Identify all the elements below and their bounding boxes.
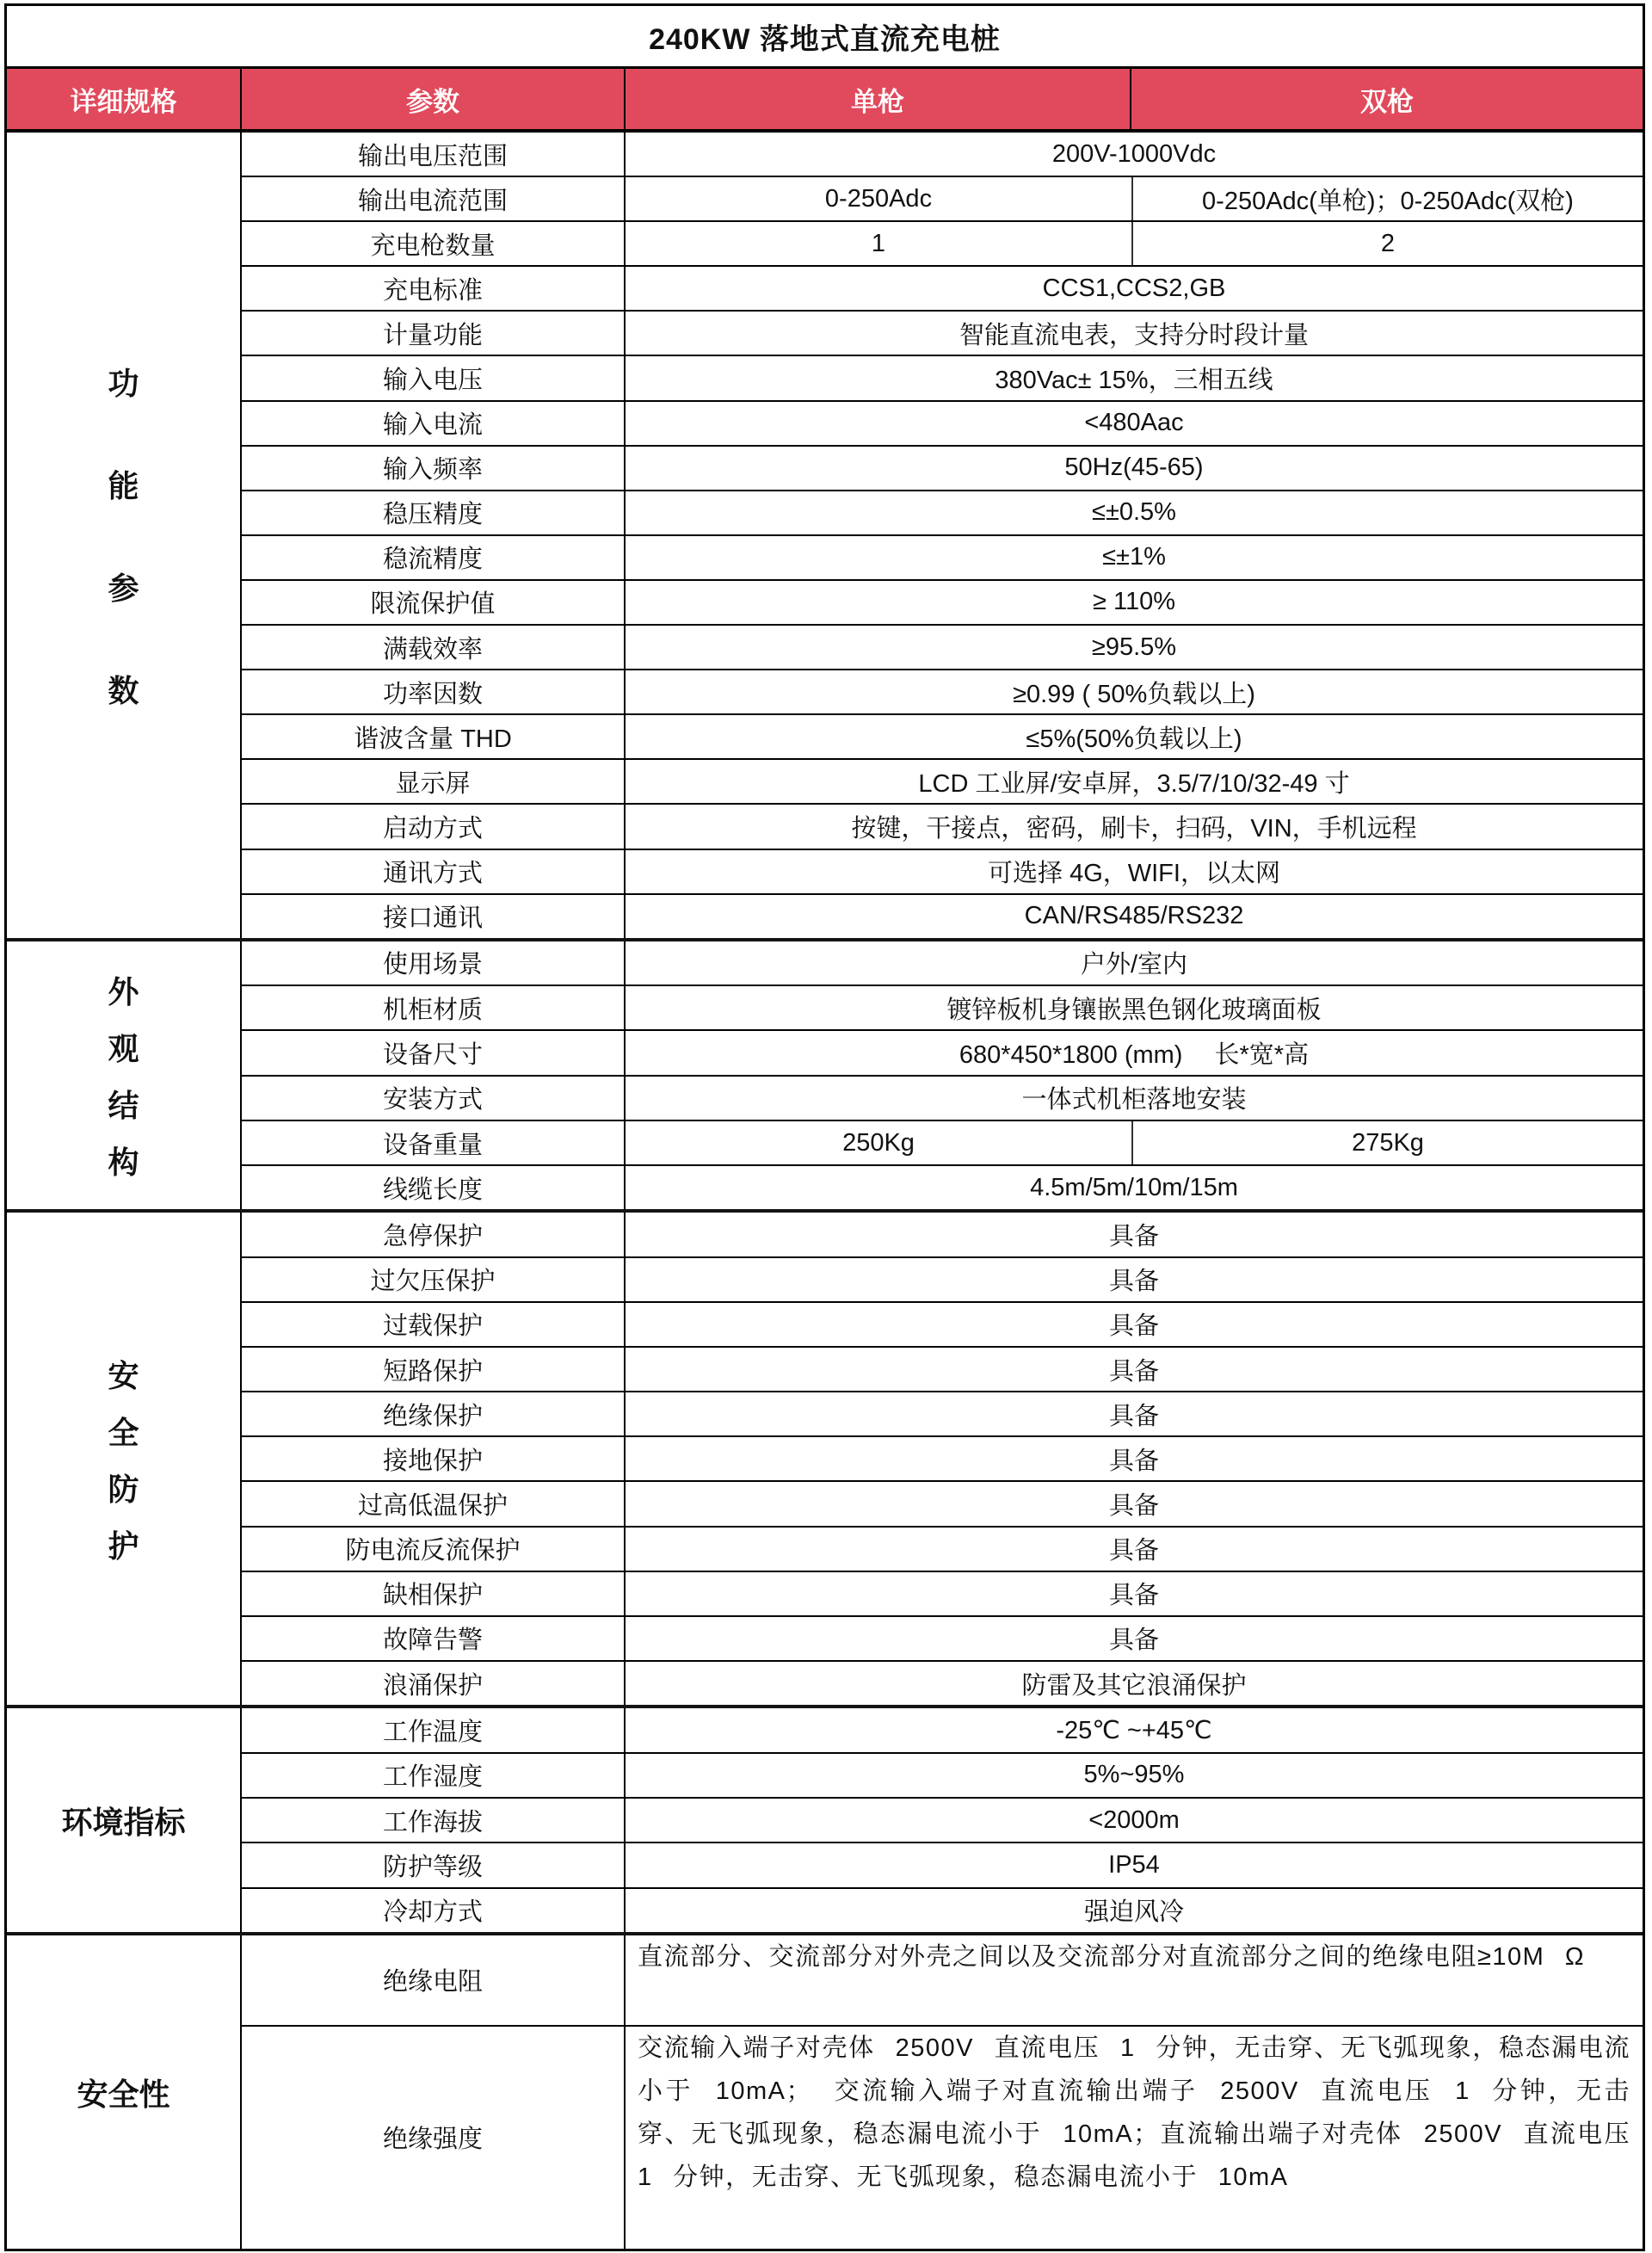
header-col-param: 参数 (242, 69, 626, 129)
row-values: 具备 (626, 1482, 1643, 1525)
table-row: 工作海拔 <2000m (242, 1797, 1643, 1842)
row-values: 按键，干接点，密码，刷卡，扫码，VIN，手机远程 (626, 805, 1643, 848)
param-value: 智能直流电表，支持分时段计量 (626, 312, 1643, 355)
section-label: 环境指标 (61, 1799, 185, 1843)
row-values: 具备 (626, 1258, 1643, 1301)
row-values: 智能直流电表，支持分时段计量 (626, 312, 1643, 355)
param-value: 具备 (626, 1482, 1643, 1525)
param-value: 具备 (626, 1572, 1643, 1615)
row-values: ≤±1% (626, 536, 1643, 579)
param-name: 缺相保护 (242, 1572, 626, 1615)
param-value: 200V-1000Vdc (626, 133, 1643, 176)
param-value: <480Aac (626, 402, 1643, 445)
table-row: 故障告警 具备 (242, 1615, 1643, 1660)
spec-section: 安全防护 急停保护 具备 过欠压保护 具备 过载保护 具备 短路保护 具备 绝缘… (7, 1209, 1643, 1705)
row-values: 镀锌板机身镶嵌黑色钢化玻璃面板 (626, 986, 1643, 1029)
param-name: 工作湿度 (242, 1754, 626, 1797)
row-values: 50Hz(45-65) (626, 447, 1643, 490)
table-row: 防电流反流保护 具备 (242, 1526, 1643, 1571)
param-name: 绝缘强度 (242, 2027, 626, 2249)
spec-section: 外观结构 使用场景 户外/室内 机柜材质 镀锌板机身镶嵌黑色钢化玻璃面板 设备尺… (7, 938, 1643, 1210)
row-values: 强迫风冷 (626, 1889, 1643, 1932)
row-values: 具备 (626, 1437, 1643, 1480)
param-name: 短路保护 (242, 1348, 626, 1391)
row-values: 具备 (626, 1528, 1643, 1571)
row-values: 户外/室内 (626, 941, 1643, 985)
row-values: 250Kg275Kg (626, 1121, 1643, 1164)
param-name: 充电枪数量 (242, 222, 626, 265)
param-value: 具备 (626, 1617, 1643, 1660)
section-category-cell: 安全性 (7, 1935, 242, 2249)
table-row: 过载保护 具备 (242, 1301, 1643, 1346)
table-row: 接口通讯 CAN/RS485/RS232 (242, 893, 1643, 938)
param-value: ≥ 110% (626, 581, 1643, 624)
param-value: 275Kg (1131, 1121, 1643, 1164)
param-name: 急停保护 (242, 1213, 626, 1256)
row-values: 具备 (626, 1213, 1643, 1256)
param-name: 输入电流 (242, 402, 626, 445)
param-value: 具备 (626, 1348, 1643, 1391)
param-name: 通讯方式 (242, 850, 626, 893)
param-value: 4.5m/5m/10m/15m (626, 1166, 1643, 1209)
section-rows: 输出电压范围 200V-1000Vdc 输出电流范围 0-250Adc0-250… (242, 133, 1643, 938)
table-row: 浪涌保护 防雷及其它浪涌保护 (242, 1660, 1643, 1705)
row-values: 12 (626, 222, 1643, 265)
param-value: <2000m (626, 1799, 1643, 1842)
param-name: 稳压精度 (242, 491, 626, 534)
param-name: 绝缘保护 (242, 1392, 626, 1435)
param-name: 过高低温保护 (242, 1482, 626, 1525)
param-value: 680*450*1800 (mm) 长*宽*高 (626, 1031, 1643, 1074)
param-value: 0-250Adc (626, 177, 1131, 220)
table-row: 稳流精度 ≤±1% (242, 534, 1643, 579)
param-name: 冷却方式 (242, 1889, 626, 1932)
section-label: 安全性 (77, 2071, 170, 2114)
param-value: 直流部分、交流部分对外壳之间以及交流部分对直流部分之间的绝缘电阻≥10M Ω (626, 1935, 1643, 2024)
param-name: 满载效率 (242, 626, 626, 669)
table-row: 通讯方式 可选择 4G，WIFI，以太网 (242, 849, 1643, 893)
table-row: 接地保护 具备 (242, 1435, 1643, 1480)
section-rows: 绝缘电阻 直流部分、交流部分对外壳之间以及交流部分对直流部分之间的绝缘电阻≥10… (242, 1935, 1643, 2249)
param-name: 故障告警 (242, 1617, 626, 1660)
param-name: 过载保护 (242, 1303, 626, 1346)
param-value: 可选择 4G，WIFI，以太网 (626, 850, 1643, 893)
param-name: 设备尺寸 (242, 1031, 626, 1074)
table-row: 冷却方式 强迫风冷 (242, 1887, 1643, 1932)
table-row: 过高低温保护 具备 (242, 1480, 1643, 1525)
row-values: 380Vac± 15%，三相五线 (626, 356, 1643, 399)
table-row: 缺相保护 具备 (242, 1571, 1643, 1615)
row-values: ≤±0.5% (626, 491, 1643, 534)
row-values: LCD 工业屏/安卓屏，3.5/7/10/32-49 寸 (626, 760, 1643, 803)
param-value: 强迫风冷 (626, 1889, 1643, 1932)
table-row: 绝缘强度 交流输入端子对壳体 2500V 直流电压 1 分钟，无击穿、无飞弧现象… (242, 2025, 1643, 2249)
table-row: 充电枪数量 12 (242, 220, 1643, 265)
row-values: 0-250Adc0-250Adc(单枪)；0-250Adc(双枪) (626, 177, 1643, 220)
param-name: 工作海拔 (242, 1799, 626, 1842)
param-value: 具备 (626, 1528, 1643, 1571)
row-values: ≥ 110% (626, 581, 1643, 624)
row-values: 4.5m/5m/10m/15m (626, 1166, 1643, 1209)
param-value: 具备 (626, 1392, 1643, 1435)
param-name: 过欠压保护 (242, 1258, 626, 1301)
row-values: CAN/RS485/RS232 (626, 895, 1643, 938)
table-row: 满载效率 ≥95.5% (242, 624, 1643, 669)
param-value: 具备 (626, 1258, 1643, 1301)
row-values: 具备 (626, 1348, 1643, 1391)
param-name: 启动方式 (242, 805, 626, 848)
table-row: 机柜材质 镀锌板机身镶嵌黑色钢化玻璃面板 (242, 985, 1643, 1029)
param-name: 接口通讯 (242, 895, 626, 938)
param-value: ≤±1% (626, 536, 1643, 579)
row-values: 一体式机柜落地安装 (626, 1077, 1643, 1120)
row-values: IP54 (626, 1843, 1643, 1886)
param-value: 2 (1131, 222, 1643, 265)
header-col-single-gun: 单枪 (626, 69, 1131, 129)
param-name: 绝缘电阻 (242, 1935, 626, 2024)
section-category-cell: 外观结构 (7, 941, 242, 1210)
param-name: 输出电流范围 (242, 177, 626, 220)
param-name: 使用场景 (242, 941, 626, 985)
table-header: 详细规格 参数 单枪 双枪 (7, 69, 1643, 133)
param-value: 交流输入端子对壳体 2500V 直流电压 1 分钟，无击穿、无飞弧现象，稳态漏电… (626, 2027, 1643, 2249)
section-category-cell: 环境指标 (7, 1708, 242, 1932)
param-value: 防雷及其它浪涌保护 (626, 1662, 1643, 1705)
param-value: 户外/室内 (626, 941, 1643, 985)
param-value: 一体式机柜落地安装 (626, 1077, 1643, 1120)
table-row: 使用场景 户外/室内 (242, 941, 1643, 985)
table-row: 设备重量 250Kg275Kg (242, 1120, 1643, 1164)
param-value: IP54 (626, 1843, 1643, 1886)
row-values: ≤5%(50%负载以上) (626, 715, 1643, 758)
table-row: 防护等级 IP54 (242, 1842, 1643, 1886)
spec-section: 环境指标 工作温度 -25℃ ~+45℃ 工作湿度 5%~95% 工作海拔 <2… (7, 1705, 1643, 1932)
param-value: 250Kg (626, 1121, 1131, 1164)
row-values: 5%~95% (626, 1754, 1643, 1797)
param-name: 接地保护 (242, 1437, 626, 1480)
param-value: 具备 (626, 1437, 1643, 1480)
table-row: 线缆长度 4.5m/5m/10m/15m (242, 1164, 1643, 1209)
section-rows: 使用场景 户外/室内 机柜材质 镀锌板机身镶嵌黑色钢化玻璃面板 设备尺寸 680… (242, 941, 1643, 1210)
param-name: 机柜材质 (242, 986, 626, 1029)
param-value: CAN/RS485/RS232 (626, 895, 1643, 938)
row-values: CCS1,CCS2,GB (626, 267, 1643, 310)
param-name: 限流保护值 (242, 581, 626, 624)
param-name: 工作温度 (242, 1708, 626, 1751)
section-label: 功能参数 (108, 360, 139, 711)
row-values: 具备 (626, 1303, 1643, 1346)
param-value: 0-250Adc(单枪)；0-250Adc(双枪) (1131, 177, 1643, 220)
param-name: 输出电压范围 (242, 133, 626, 176)
param-name: 防电流反流保护 (242, 1528, 626, 1571)
param-name: 功率因数 (242, 670, 626, 713)
param-name: 浪涌保护 (242, 1662, 626, 1705)
row-values: 200V-1000Vdc (626, 133, 1643, 176)
param-name: 显示屏 (242, 760, 626, 803)
section-rows: 工作温度 -25℃ ~+45℃ 工作湿度 5%~95% 工作海拔 <2000m … (242, 1708, 1643, 1932)
param-value: 具备 (626, 1303, 1643, 1346)
table-row: 过欠压保护 具备 (242, 1256, 1643, 1301)
param-name: 计量功能 (242, 312, 626, 355)
table-row: 短路保护 具备 (242, 1346, 1643, 1391)
param-value: LCD 工业屏/安卓屏，3.5/7/10/32-49 寸 (626, 760, 1643, 803)
table-row: 绝缘电阻 直流部分、交流部分对外壳之间以及交流部分对直流部分之间的绝缘电阻≥10… (242, 1935, 1643, 2024)
table-row: 绝缘保护 具备 (242, 1391, 1643, 1435)
table-row: 工作湿度 5%~95% (242, 1752, 1643, 1797)
table-row: 功率因数 ≥0.99 ( 50%负载以上) (242, 669, 1643, 713)
table-row: 稳压精度 ≤±0.5% (242, 490, 1643, 534)
table-row: 输入频率 50Hz(45-65) (242, 445, 1643, 490)
header-col-spec: 详细规格 (7, 69, 242, 129)
row-values: -25℃ ~+45℃ (626, 1708, 1643, 1751)
table-row: 输出电压范围 200V-1000Vdc (242, 133, 1643, 176)
spec-section: 安全性 绝缘电阻 直流部分、交流部分对外壳之间以及交流部分对直流部分之间的绝缘电… (7, 1932, 1643, 2249)
row-values: 可选择 4G，WIFI，以太网 (626, 850, 1643, 893)
section-category-cell: 安全防护 (7, 1213, 242, 1705)
spec-table: 240KW 落地式直流充电桩 详细规格 参数 单枪 双枪 功能参数 输出电压范围… (4, 3, 1645, 2251)
row-values: ≥95.5% (626, 626, 1643, 669)
param-value: ≤±0.5% (626, 491, 1643, 534)
row-values: 具备 (626, 1392, 1643, 1435)
table-row: 计量功能 智能直流电表，支持分时段计量 (242, 310, 1643, 355)
table-row: 设备尺寸 680*450*1800 (mm) 长*宽*高 (242, 1029, 1643, 1074)
param-value: ≤5%(50%负载以上) (626, 715, 1643, 758)
param-value: ≥95.5% (626, 626, 1643, 669)
param-name: 线缆长度 (242, 1166, 626, 1209)
table-row: 急停保护 具备 (242, 1213, 1643, 1256)
section-category-cell: 功能参数 (7, 133, 242, 938)
row-values: 具备 (626, 1617, 1643, 1660)
table-row: 输入电流 <480Aac (242, 400, 1643, 445)
section-label: 外观结构 (108, 968, 139, 1182)
row-values: 交流输入端子对壳体 2500V 直流电压 1 分钟，无击穿、无飞弧现象，稳态漏电… (626, 2027, 1643, 2249)
param-value: 50Hz(45-65) (626, 447, 1643, 490)
table-row: 限流保护值 ≥ 110% (242, 579, 1643, 624)
param-value: 镀锌板机身镶嵌黑色钢化玻璃面板 (626, 986, 1643, 1029)
param-value: 按键，干接点，密码，刷卡，扫码，VIN，手机远程 (626, 805, 1643, 848)
param-name: 输入电压 (242, 356, 626, 399)
row-values: 680*450*1800 (mm) 长*宽*高 (626, 1031, 1643, 1074)
param-value: CCS1,CCS2,GB (626, 267, 1643, 310)
sections: 功能参数 输出电压范围 200V-1000Vdc 输出电流范围 0-250Adc… (7, 133, 1643, 2249)
row-values: <480Aac (626, 402, 1643, 445)
param-name: 谐波含量 THD (242, 715, 626, 758)
row-values: ≥0.99 ( 50%负载以上) (626, 670, 1643, 713)
param-name: 充电标准 (242, 267, 626, 310)
spec-section: 功能参数 输出电压范围 200V-1000Vdc 输出电流范围 0-250Adc… (7, 133, 1643, 938)
table-row: 启动方式 按键，干接点，密码，刷卡，扫码，VIN，手机远程 (242, 803, 1643, 848)
param-name: 安装方式 (242, 1077, 626, 1120)
page-title: 240KW 落地式直流充电桩 (7, 6, 1643, 69)
param-name: 输入频率 (242, 447, 626, 490)
param-value: -25℃ ~+45℃ (626, 1708, 1643, 1751)
table-row: 充电标准 CCS1,CCS2,GB (242, 265, 1643, 310)
table-row: 安装方式 一体式机柜落地安装 (242, 1075, 1643, 1120)
table-row: 工作温度 -25℃ ~+45℃ (242, 1708, 1643, 1751)
row-values: 防雷及其它浪涌保护 (626, 1662, 1643, 1705)
table-row: 输出电流范围 0-250Adc0-250Adc(单枪)；0-250Adc(双枪) (242, 176, 1643, 220)
param-value: ≥0.99 ( 50%负载以上) (626, 670, 1643, 713)
param-value: 5%~95% (626, 1754, 1643, 1797)
table-row: 谐波含量 THD ≤5%(50%负载以上) (242, 713, 1643, 758)
row-values: <2000m (626, 1799, 1643, 1842)
table-row: 输入电压 380Vac± 15%，三相五线 (242, 355, 1643, 399)
param-name: 防护等级 (242, 1843, 626, 1886)
table-row: 显示屏 LCD 工业屏/安卓屏，3.5/7/10/32-49 寸 (242, 758, 1643, 803)
param-value: 380Vac± 15%，三相五线 (626, 356, 1643, 399)
row-values: 具备 (626, 1572, 1643, 1615)
header-col-double-gun: 双枪 (1131, 69, 1643, 129)
row-values: 直流部分、交流部分对外壳之间以及交流部分对直流部分之间的绝缘电阻≥10M Ω (626, 1935, 1643, 2024)
section-label: 安全防护 (108, 1352, 139, 1566)
param-value: 具备 (626, 1213, 1643, 1256)
section-rows: 急停保护 具备 过欠压保护 具备 过载保护 具备 短路保护 具备 绝缘保护 具备… (242, 1213, 1643, 1705)
param-value: 1 (626, 222, 1131, 265)
param-name: 稳流精度 (242, 536, 626, 579)
param-name: 设备重量 (242, 1121, 626, 1164)
